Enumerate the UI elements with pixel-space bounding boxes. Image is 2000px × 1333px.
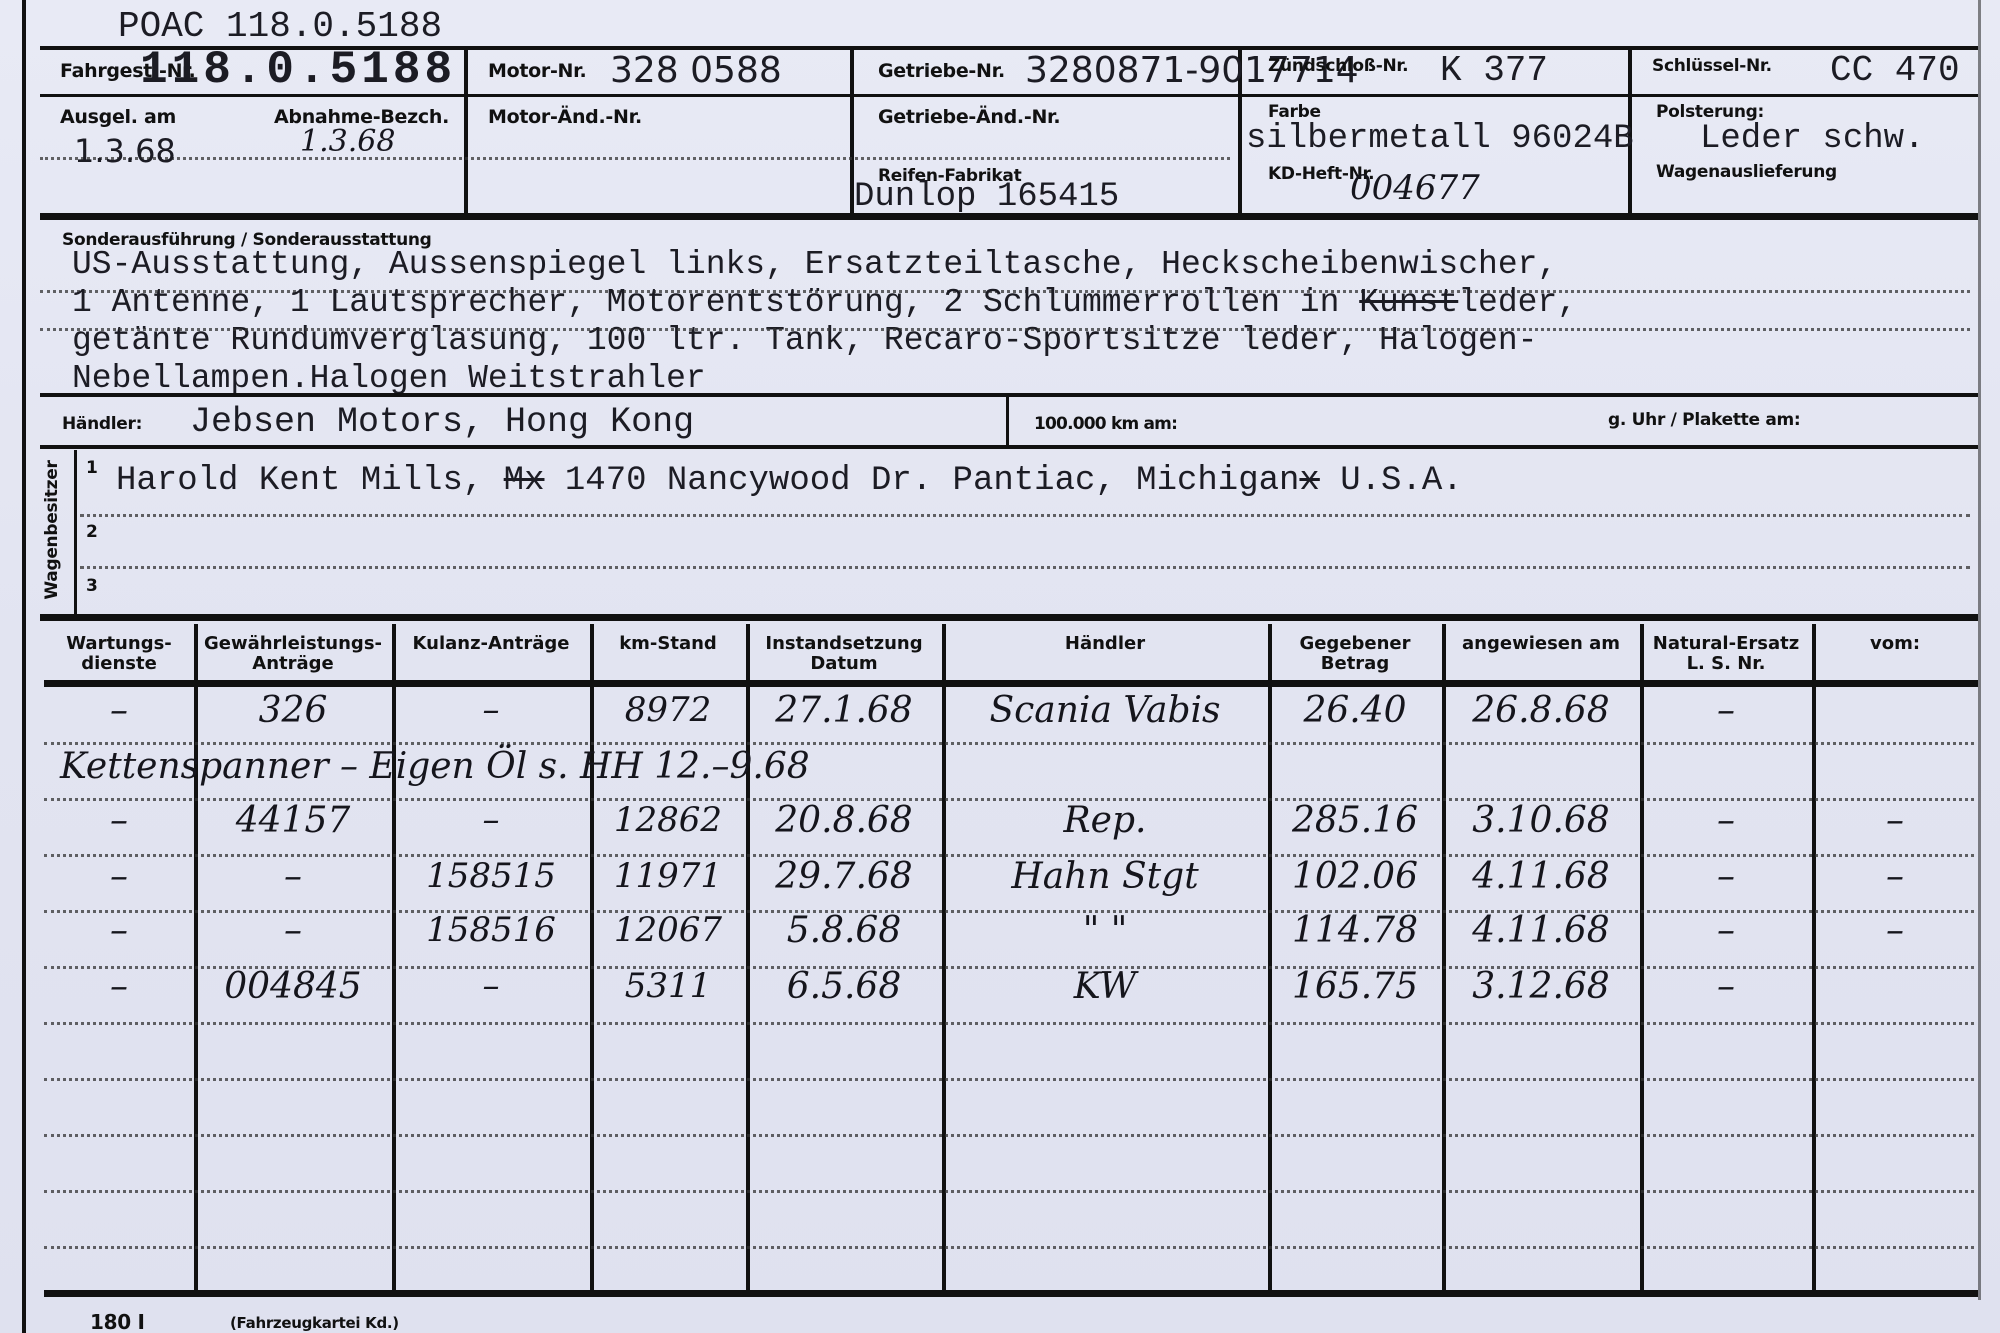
table-cell: 26.40	[1268, 690, 1442, 731]
table-cell: 102.06	[1268, 856, 1442, 897]
uhr-plakette-label: g. Uhr / Plakette am:	[1608, 410, 1800, 430]
table-cell: –	[1640, 910, 1812, 951]
table-cell: –	[1640, 800, 1812, 841]
farbe-label: Farbe	[1268, 102, 1321, 122]
owner-no-3: 3	[86, 576, 98, 596]
divider	[40, 614, 1978, 621]
table-cell: –	[1640, 856, 1812, 897]
table-cell: 3.12.68	[1442, 966, 1640, 1007]
zuendschloss-value: K 377	[1440, 50, 1548, 91]
owner-address: 1470 Nancywood Dr. Pantiac, Michigan	[544, 462, 1299, 500]
dotted-line	[44, 1078, 1974, 1081]
owner-country: U.S.A.	[1320, 462, 1463, 500]
table-cell: –	[392, 800, 590, 840]
table-cell: –	[392, 690, 590, 730]
haendler-label: Händler:	[62, 414, 142, 434]
table-cell: –	[392, 966, 590, 1006]
table-cell: 285.16	[1268, 800, 1442, 841]
column-header: Natural-ErsatzL. S. Nr.	[1640, 634, 1812, 674]
table-cell: 44157	[194, 800, 392, 841]
table-cell: Rep.	[942, 800, 1268, 841]
table-cell: 5311	[590, 966, 746, 1006]
motor-value: 328 0588	[610, 50, 782, 91]
owner-1: Harold Kent Mills, Mx 1470 Nancywood Dr.…	[116, 462, 1463, 500]
table-cell: 158516	[392, 910, 590, 950]
header-divider	[44, 680, 1978, 687]
km100000-label: 100.000 km am:	[1034, 414, 1177, 434]
motor-label: Motor-Nr.	[488, 60, 586, 82]
owner-no-1: 1	[86, 458, 98, 478]
ausgel-label: Ausgel. am	[60, 106, 176, 128]
column-header: Kulanz-Anträge	[392, 634, 590, 654]
column-header: Händler	[942, 634, 1268, 654]
struck-text: Mx	[504, 462, 545, 500]
motor-aend-label: Motor-Änd.-Nr.	[488, 106, 642, 128]
table-cell: –	[1812, 910, 1978, 951]
dotted-line	[40, 157, 1230, 160]
table-cell: 29.7.68	[746, 856, 942, 897]
table-cell: –	[194, 910, 392, 951]
ausgel-value: 1.3.68	[74, 132, 176, 170]
farbe-value: silbermetall 96024B	[1246, 120, 1634, 158]
dotted-line	[44, 1190, 1974, 1193]
divider	[44, 1290, 1978, 1297]
schluessel-value: CC 470	[1830, 50, 1960, 91]
column-header: Gewährleistungs-Anträge	[194, 634, 392, 674]
table-cell: 4.11.68	[1442, 910, 1640, 951]
sonder-line-2-tail: leder,	[1458, 284, 1577, 321]
owner-no-2: 2	[86, 522, 98, 542]
table-cell: " "	[942, 910, 1268, 951]
table-cell: 004845	[194, 966, 392, 1007]
table-cell: 26.8.68	[1442, 690, 1640, 731]
table-cell: 4.11.68	[1442, 856, 1640, 897]
dotted-line	[44, 1246, 1974, 1249]
card-right-edge	[1978, 0, 1981, 1300]
fahrgestell-value: 118.0.5188	[140, 44, 456, 96]
table-cell: –	[1812, 856, 1978, 897]
table-cell: –	[1640, 966, 1812, 1007]
polsterung-value: Leder schw.	[1700, 120, 1924, 158]
abnahme-value: 1.3.68	[300, 124, 395, 159]
dotted-line	[80, 514, 1970, 517]
card-left-edge	[22, 0, 26, 1333]
table-cell: 326	[194, 690, 392, 731]
dotted-line	[40, 328, 1970, 331]
sonder-line-1: US-Ausstattung, Aussenspiegel links, Ers…	[72, 246, 1557, 283]
table-cell: 3.10.68	[1442, 800, 1640, 841]
wagenbesitzer-label: Wagenbesitzer	[42, 450, 62, 610]
table-cell: 20.8.68	[746, 800, 942, 841]
struck-text: x	[1299, 462, 1319, 500]
table-cell: –	[1812, 800, 1978, 841]
table-cell: KW	[942, 966, 1268, 1007]
kd-heft-value: 004677	[1350, 168, 1480, 208]
top-chassis-number: POAC 118.0.5188	[118, 6, 442, 47]
polsterung-label: Polsterung:	[1656, 102, 1764, 122]
table-cell: –	[1640, 690, 1812, 731]
dotted-line	[44, 742, 1974, 745]
column-header: InstandsetzungDatum	[746, 634, 942, 674]
table-cell: –	[194, 856, 392, 897]
getriebe-aend-label: Getriebe-Änd.-Nr.	[878, 106, 1060, 128]
table-cell: Scania Vabis	[942, 690, 1268, 731]
divider	[464, 46, 468, 216]
table-cell: 27.1.68	[746, 690, 942, 731]
divider	[74, 450, 77, 616]
dotted-line	[44, 1134, 1974, 1137]
table-cell: 11971	[590, 856, 746, 896]
sonder-line-4: Nebellampen.Halogen Weitstrahler	[72, 360, 706, 397]
dotted-line	[80, 566, 1970, 569]
table-cell: 165.75	[1268, 966, 1442, 1007]
table-cell: –	[44, 966, 194, 1007]
wagenbesitzer-label-box: Wagenbesitzer	[36, 456, 66, 616]
table-row-note: Kettenspanner – Eigen Öl s. HH 12.–9.68	[60, 746, 810, 787]
table-cell: 12067	[590, 910, 746, 950]
owner-name: Harold Kent Mills,	[116, 462, 504, 500]
table-cell: 114.78	[1268, 910, 1442, 951]
struck-text: Kunst	[1359, 284, 1458, 321]
column-header: Wartungs-dienste	[44, 634, 194, 674]
form-number: 180 I	[90, 1310, 145, 1333]
column-header: angewiesen am	[1442, 634, 1640, 654]
vehicle-record-card: POAC 118.0.5188 Fahrgest.-Nr. 118.0.5188…	[0, 0, 2000, 1333]
table-cell: 12862	[590, 800, 746, 840]
column-header: vom:	[1812, 634, 1978, 654]
column-header: km-Stand	[590, 634, 746, 654]
divider	[1006, 393, 1009, 447]
table-cell: 158515	[392, 856, 590, 896]
getriebe-label: Getriebe-Nr.	[878, 60, 1005, 82]
column-header: GegebenerBetrag	[1268, 634, 1442, 674]
table-cell: –	[44, 910, 194, 951]
table-cell: –	[44, 800, 194, 841]
zuendschloss-label: Zündschloß-Nr.	[1268, 56, 1408, 76]
table-cell: 8972	[590, 690, 746, 730]
table-cell: 6.5.68	[746, 966, 942, 1007]
haendler-value: Jebsen Motors, Hong Kong	[190, 402, 694, 442]
table-cell: 5.8.68	[746, 910, 942, 951]
reifen-value: Dunlop 165415	[854, 178, 1119, 216]
table-cell: –	[44, 856, 194, 897]
dotted-line	[44, 1022, 1974, 1025]
divider	[40, 445, 1978, 449]
table-cell: –	[44, 690, 194, 731]
form-note: (Fahrzeugkartei Kd.)	[230, 1314, 399, 1332]
sonder-line-2: 1 Antenne, 1 Lautsprecher, Motorentstöru…	[72, 284, 1577, 321]
divider	[40, 393, 1978, 397]
wagenauslieferung-label: Wagenauslieferung	[1656, 162, 1837, 182]
sonder-line-2-text: 1 Antenne, 1 Lautsprecher, Motorentstöru…	[72, 284, 1359, 321]
schluessel-label: Schlüssel-Nr.	[1652, 56, 1772, 76]
table-cell: Hahn Stgt	[942, 856, 1268, 897]
